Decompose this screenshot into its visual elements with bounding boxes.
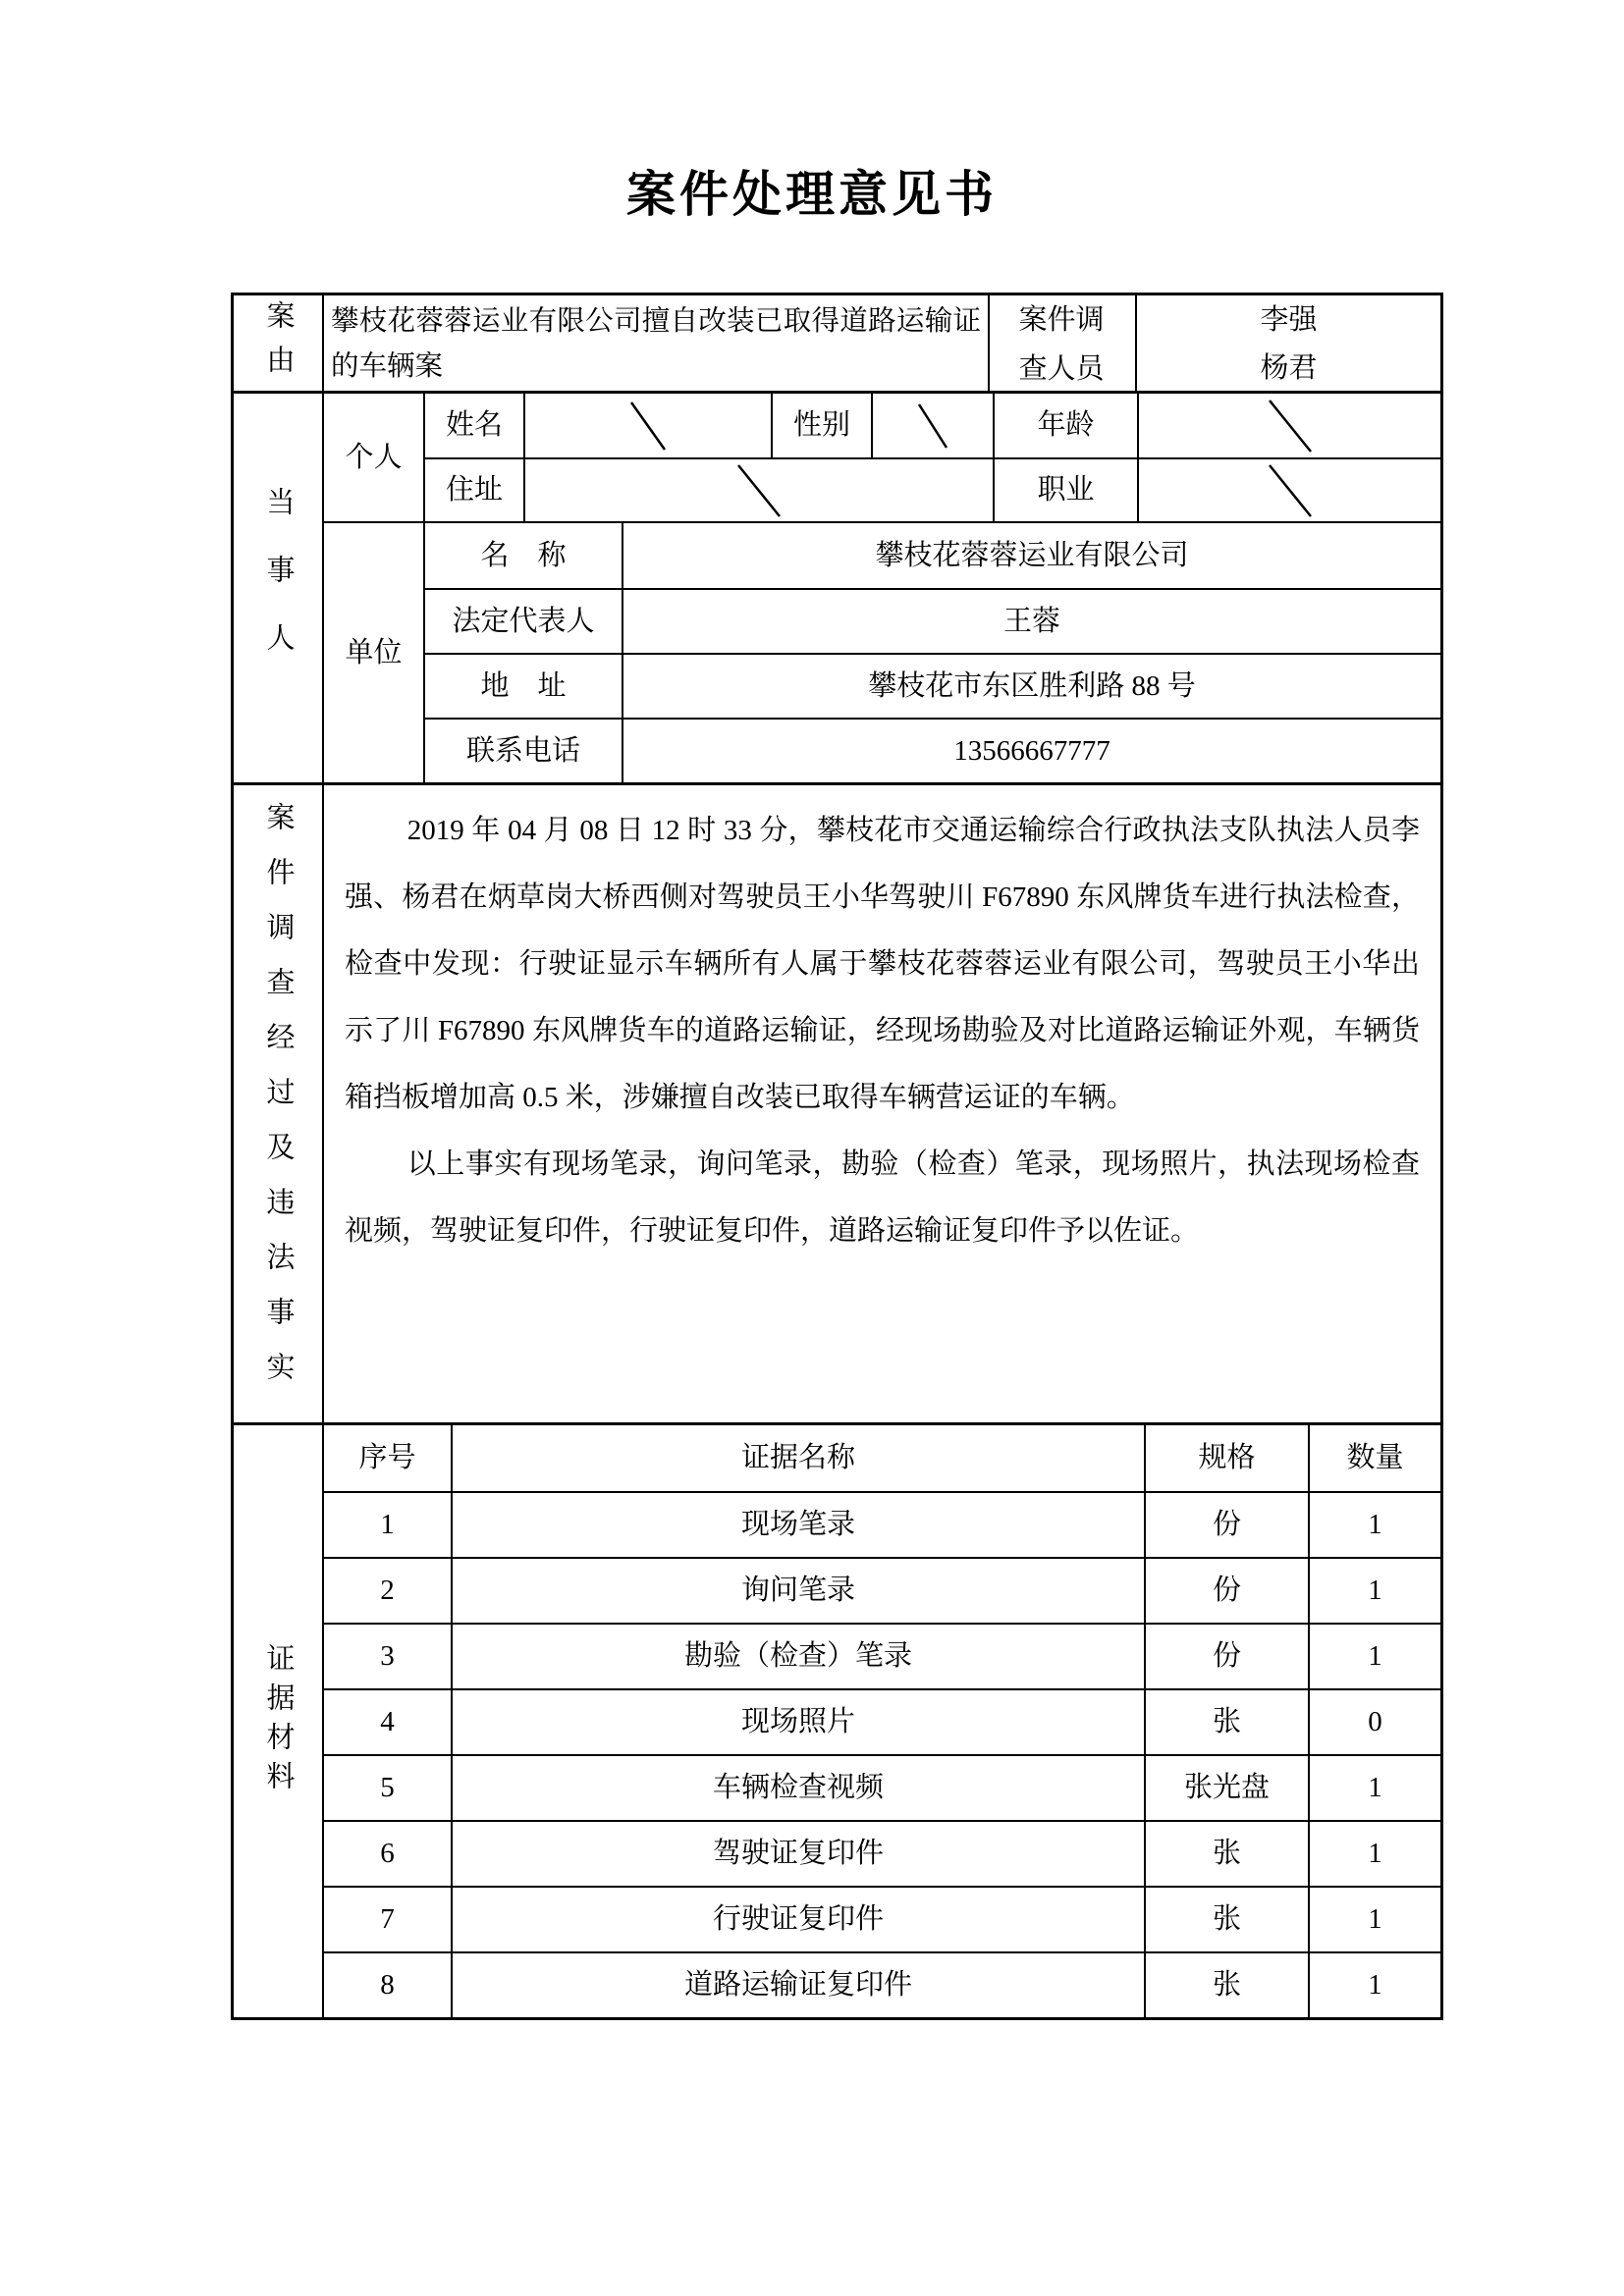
age-label-cell: 年龄 xyxy=(993,394,1137,457)
evidence-header-name: 证据名称 xyxy=(451,1425,1144,1491)
party-label: 当事人 xyxy=(264,487,293,690)
unit-label: 单位 xyxy=(345,631,402,675)
evidence-row-name: 驾驶证复印件 xyxy=(451,1820,1144,1886)
evidence-header-qty: 数量 xyxy=(1308,1425,1440,1491)
age-label: 年龄 xyxy=(1037,403,1094,448)
document-title: 案件处理意见书 xyxy=(0,155,1624,226)
case-cause-label-cell: 案由 xyxy=(234,295,322,394)
name-label: 姓名 xyxy=(446,403,503,448)
unit-label-cell: 单位 xyxy=(324,523,423,782)
evidence-row-spec: 张 xyxy=(1144,1951,1308,2017)
occupation-value-cell xyxy=(1137,457,1440,521)
party-section: 当事人 个人 姓名 性别 xyxy=(234,391,1440,782)
investigation-text: 2019 年 04 月 08 日 12 时 33 分，攀枝花市交通运输综合行政执… xyxy=(322,785,1440,1422)
investigators-label: 案件调查人员 xyxy=(1019,295,1107,394)
evidence-row-name: 车辆检查视频 xyxy=(451,1754,1144,1820)
investigation-paragraph: 2019 年 04 月 08 日 12 时 33 分，攀枝花市交通运输综合行政执… xyxy=(345,797,1420,1131)
evidence-row-name: 现场照片 xyxy=(451,1688,1144,1754)
individual-label-cell: 个人 xyxy=(324,394,423,521)
address-label-cell: 住址 xyxy=(423,457,523,521)
evidence-row-spec: 张光盘 xyxy=(1144,1754,1308,1820)
party-unit-grid: 单位 名 称 攀枝花蓉蓉运业有限公司 法定代表人 王蓉 地 址 攀枝花市东区胜利… xyxy=(324,521,1440,782)
na-slash-icon xyxy=(732,460,785,521)
na-slash-icon xyxy=(626,398,670,454)
evidence-row-qty: 1 xyxy=(1308,1491,1440,1557)
gender-label-cell: 性别 xyxy=(771,394,871,457)
investigation-section: 案件调查经过及违法事实 2019 年 04 月 08 日 12 时 33 分，攀… xyxy=(234,782,1440,1422)
unit-name-value: 攀枝花蓉蓉运业有限公司 xyxy=(622,523,1440,588)
evidence-row-spec: 张 xyxy=(1144,1886,1308,1951)
phone-label: 联系电话 xyxy=(466,729,580,774)
evidence-row-name: 现场笔录 xyxy=(451,1491,1144,1557)
name-value-cell xyxy=(523,394,771,457)
address-label: 住址 xyxy=(446,468,503,512)
case-cause-label: 案由 xyxy=(264,300,293,389)
age-value-cell xyxy=(1137,394,1440,457)
case-cause-value-cell: 攀枝花蓉蓉运业有限公司擅自改装已取得道路运输证的车辆案 xyxy=(322,295,988,394)
evidence-row-no: 8 xyxy=(324,1951,451,2017)
evidence-row-qty: 1 xyxy=(1308,1754,1440,1820)
evidence-label-cell: 证据材料 xyxy=(234,1425,322,2017)
investigation-label: 案件调查经过及违法事实 xyxy=(264,802,293,1407)
evidence-row-name: 询问笔录 xyxy=(451,1557,1144,1623)
evidence-row-no: 1 xyxy=(324,1491,451,1557)
evidence-row-spec: 张 xyxy=(1144,1820,1308,1886)
name-label-cell: 姓名 xyxy=(423,394,523,457)
investigators-value-cell: 李强 杨君 xyxy=(1135,295,1440,394)
legal-rep-label-cell: 法定代表人 xyxy=(423,588,622,653)
evidence-row-spec: 份 xyxy=(1144,1623,1308,1688)
unit-address-label-cell: 地 址 xyxy=(423,653,622,718)
evidence-section: 证据材料 序号 证据名称 规格 数量 1 现场笔录 份 1 2 询问笔录 份 1… xyxy=(234,1422,1440,2017)
case-form-table: 案由 攀枝花蓉蓉运业有限公司擅自改装已取得道路运输证的车辆案 案件调查人员 李强… xyxy=(231,293,1443,2020)
evidence-row-no: 4 xyxy=(324,1688,451,1754)
evidence-row-no: 6 xyxy=(324,1820,451,1886)
investigators-label-cell: 案件调查人员 xyxy=(988,295,1135,394)
gender-label: 性别 xyxy=(793,403,850,448)
evidence-row-qty: 1 xyxy=(1308,1820,1440,1886)
evidence-row-name: 行驶证复印件 xyxy=(451,1886,1144,1951)
evidence-row-qty: 0 xyxy=(1308,1688,1440,1754)
na-slash-icon xyxy=(1264,396,1317,456)
investigator-name: 李强 xyxy=(1260,296,1317,345)
evidence-row-no: 5 xyxy=(324,1754,451,1820)
individual-label: 个人 xyxy=(345,436,402,480)
party-label-cell: 当事人 xyxy=(234,394,322,782)
evidence-row-qty: 1 xyxy=(1308,1623,1440,1688)
evidence-row-spec: 份 xyxy=(1144,1491,1308,1557)
investigation-paragraph: 以上事实有现场笔录，询问笔录，勘验（检查）笔录，现场照片，执法现场检查视频，驾驶… xyxy=(345,1131,1420,1264)
evidence-row-qty: 1 xyxy=(1308,1557,1440,1623)
evidence-row-qty: 1 xyxy=(1308,1886,1440,1951)
evidence-header-no: 序号 xyxy=(324,1425,451,1491)
unit-name-label: 名 称 xyxy=(480,534,566,578)
document-page: 案件处理意见书 案由 攀枝花蓉蓉运业有限公司擅自改装已取得道路运输证的车辆案 案… xyxy=(0,0,1624,2296)
evidence-row-spec: 份 xyxy=(1144,1557,1308,1623)
case-cause-value: 攀枝花蓉蓉运业有限公司擅自改装已取得道路运输证的车辆案 xyxy=(331,299,981,390)
investigator-name: 杨君 xyxy=(1260,345,1317,393)
gender-value-cell xyxy=(871,394,993,457)
phone-label-cell: 联系电话 xyxy=(423,718,622,782)
evidence-row-no: 2 xyxy=(324,1557,451,1623)
investigation-label-cell: 案件调查经过及违法事实 xyxy=(234,785,322,1422)
evidence-row-name: 道路运输证复印件 xyxy=(451,1951,1144,2017)
party-individual-grid: 个人 姓名 性别 年龄 xyxy=(324,394,1440,521)
address-value-cell xyxy=(523,457,993,521)
unit-address-value: 攀枝花市东区胜利路 88 号 xyxy=(622,653,1440,718)
case-cause-row: 案由 攀枝花蓉蓉运业有限公司擅自改装已取得道路运输证的车辆案 案件调查人员 李强… xyxy=(234,295,1440,391)
evidence-row-no: 7 xyxy=(324,1886,451,1951)
unit-name-label-cell: 名 称 xyxy=(423,523,622,588)
occupation-label-cell: 职业 xyxy=(993,457,1137,521)
evidence-table: 序号 证据名称 规格 数量 1 现场笔录 份 1 2 询问笔录 份 1 3 勘验… xyxy=(322,1425,1440,2017)
evidence-row-name: 勘验（检查）笔录 xyxy=(451,1623,1144,1688)
evidence-row-no: 3 xyxy=(324,1623,451,1688)
evidence-row-qty: 1 xyxy=(1308,1951,1440,2017)
party-body: 个人 姓名 性别 年龄 xyxy=(322,394,1440,782)
legal-rep-label: 法定代表人 xyxy=(452,600,594,644)
evidence-row-spec: 张 xyxy=(1144,1688,1308,1754)
evidence-label: 证据材料 xyxy=(264,1643,293,1800)
evidence-header-spec: 规格 xyxy=(1144,1425,1308,1491)
phone-value: 13566667777 xyxy=(622,718,1440,782)
na-slash-icon xyxy=(1264,460,1317,521)
unit-address-label: 地 址 xyxy=(480,665,566,709)
occupation-label: 职业 xyxy=(1037,468,1094,512)
na-slash-icon xyxy=(914,400,951,453)
legal-rep-value: 王蓉 xyxy=(622,588,1440,653)
